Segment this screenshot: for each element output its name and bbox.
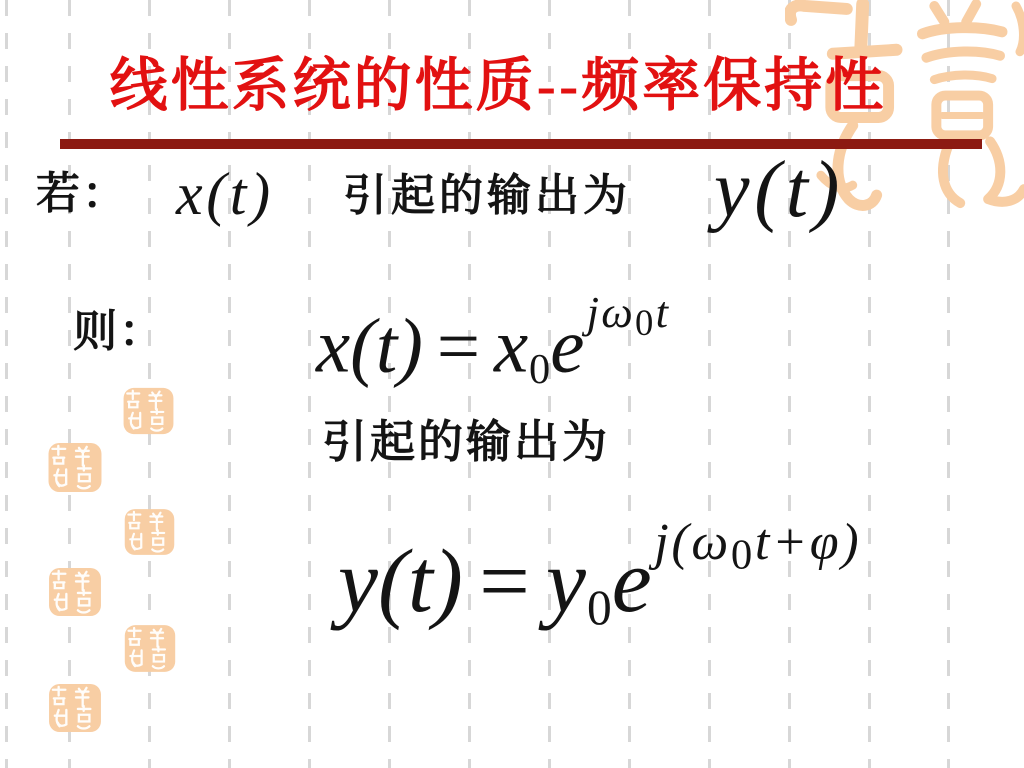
auspicious-seal-icon: [43, 567, 107, 617]
formula2-exponent-tail: t+φ): [755, 513, 861, 571]
formula2-exponent-head: j(ω: [654, 513, 731, 571]
auspicious-seal-icon: [43, 683, 107, 733]
formula1-euler-e: e: [550, 303, 584, 389]
input-signal-formula: x(t)=x0ejω0t: [316, 290, 670, 391]
formula2-euler-e: e: [612, 532, 652, 631]
formula2-amplitude: y: [546, 532, 586, 631]
formula1-exponent-head: jω: [587, 287, 635, 337]
formula1-lhs: x(t): [316, 303, 423, 389]
formula2-exponent-subscript: 0: [731, 531, 755, 578]
formula1-exponent: jω0t: [587, 287, 671, 337]
output-signal-formula: y(t)=y0ej(ω0t+φ): [338, 516, 861, 633]
input-signal-symbol: x(t): [176, 164, 274, 224]
presentation-slide: 线性系统的性质--频率保持性 若： x(t) 引起的输出为 y(t) 则： x(…: [0, 0, 1024, 768]
equals-sign: =: [463, 532, 546, 631]
equals-sign: =: [423, 303, 494, 389]
then-label: 则：: [73, 310, 165, 354]
auspicious-seal-icon: [43, 442, 107, 493]
formula1-exponent-subscript: 0: [635, 302, 656, 343]
output-signal-symbol: y(t): [714, 150, 844, 230]
connector-text-1: 引起的输出为: [343, 174, 631, 218]
auspicious-seal-icon: [122, 622, 178, 675]
formula1-amplitude: x: [494, 303, 528, 389]
formula1-exponent-tail: t: [656, 287, 671, 337]
formula1-amplitude-subscript: 0: [529, 346, 550, 393]
if-label: 若：: [36, 172, 128, 216]
formula2-amplitude-subscript: 0: [587, 580, 612, 635]
formula2-lhs: y(t): [338, 532, 463, 631]
slide-title: 线性系统的性质--频率保持性: [0, 54, 1010, 118]
connector-text-2: 引起的输出为: [322, 420, 610, 465]
formula2-exponent: j(ω0t+φ): [654, 513, 861, 571]
auspicious-seal-icon: [120, 387, 177, 435]
auspicious-seal-icon: [122, 507, 177, 557]
